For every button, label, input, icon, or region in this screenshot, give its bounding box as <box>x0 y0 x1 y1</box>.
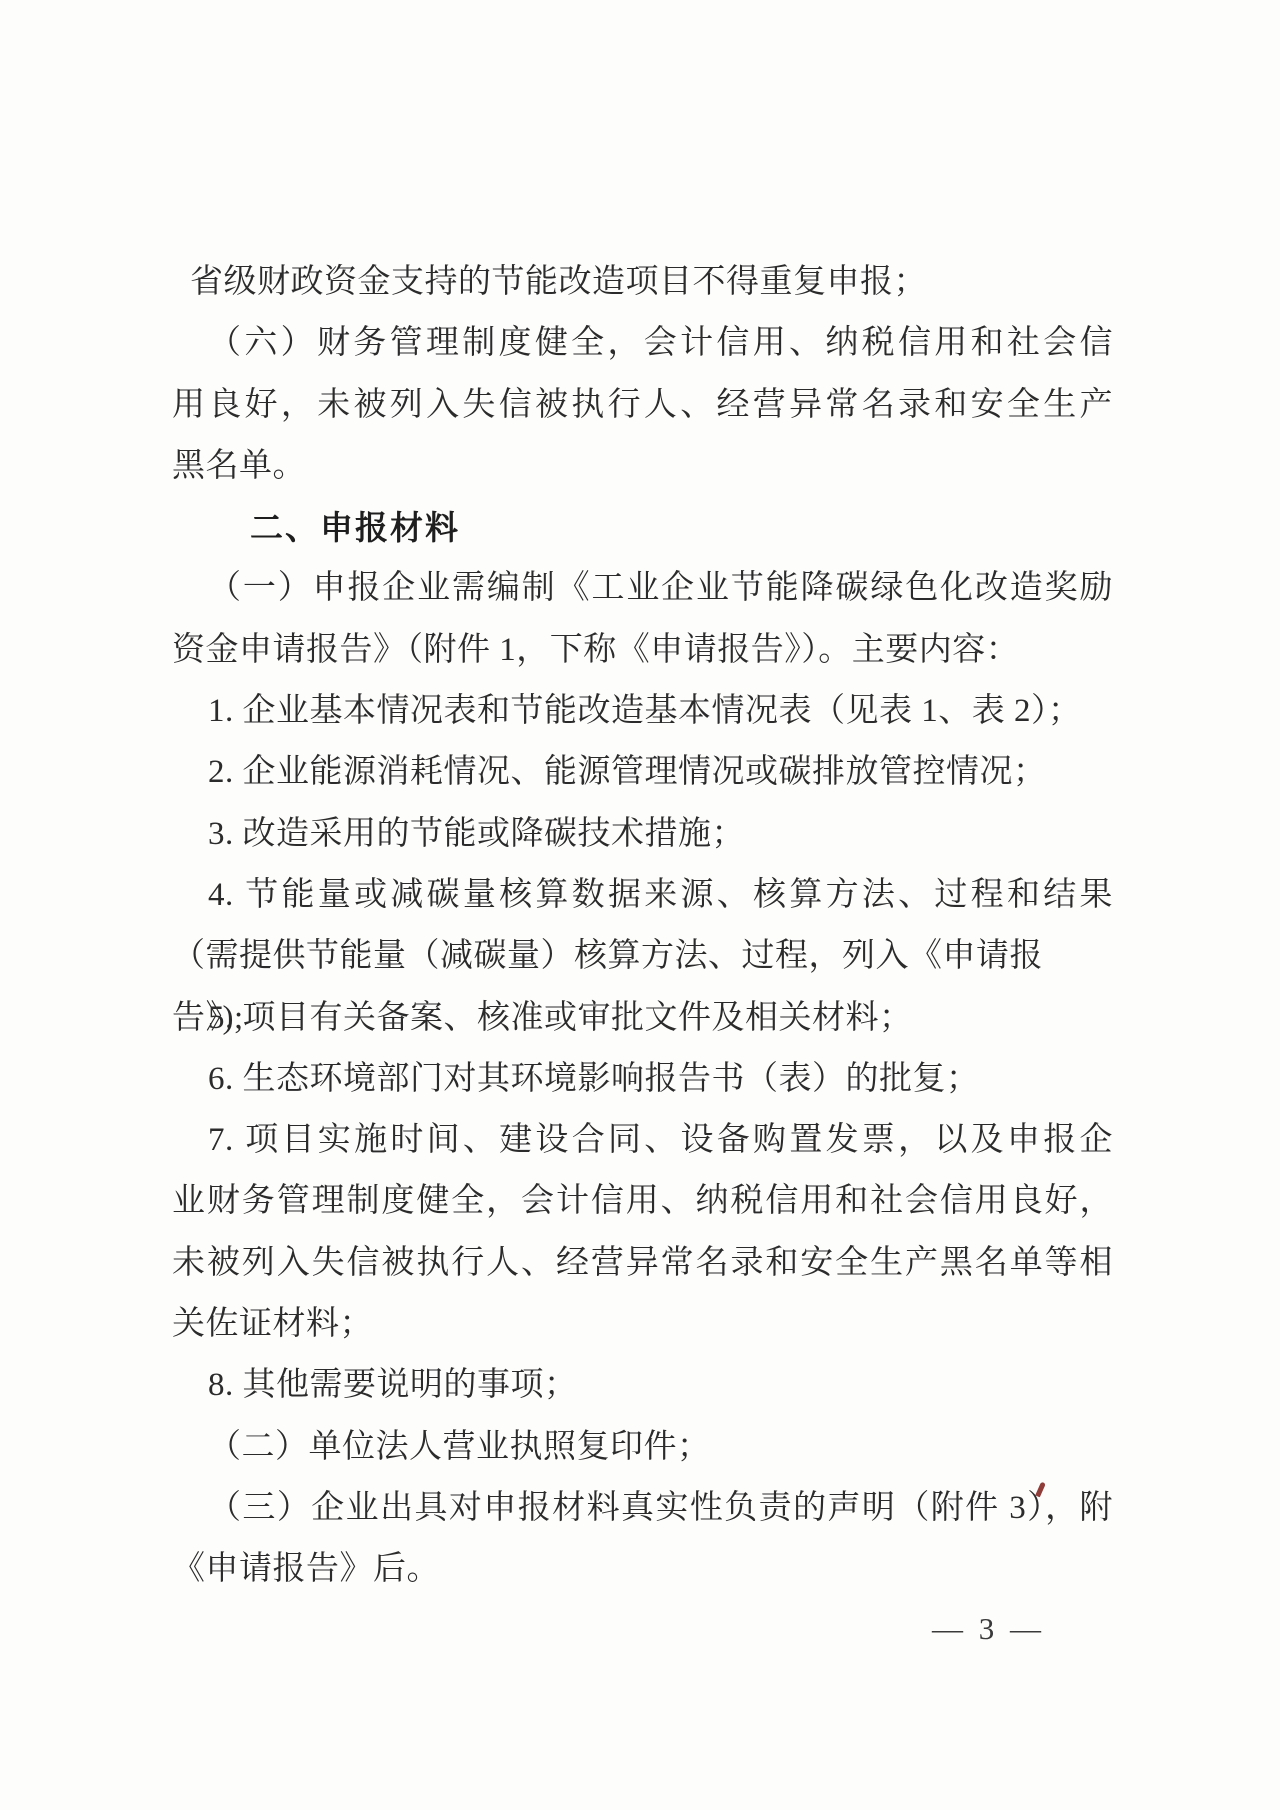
document-line: 《申请报告》后。 <box>172 1539 1113 1600</box>
document-line: 省级财政资金支持的节能改造项目不得重复申报； <box>172 252 1113 313</box>
document-body: 省级财政资金支持的节能改造项目不得重复申报；（六）财务管理制度健全，会计信用、纳… <box>172 252 1113 1601</box>
document-line: 3. 改造采用的节能或降碳技术措施； <box>172 804 1113 865</box>
document-page: 省级财政资金支持的节能改造项目不得重复申报；（六）财务管理制度健全，会计信用、纳… <box>0 0 1280 1810</box>
document-line: 2. 企业能源消耗情况、能源管理情况或碳排放管控情况； <box>172 742 1113 803</box>
document-line: 6. 生态环境部门对其环境影响报告书（表）的批复； <box>172 1049 1113 1110</box>
document-line: 业财务管理制度健全，会计信用、纳税信用和社会信用良好， <box>172 1171 1113 1232</box>
document-line: 1. 企业基本情况表和节能改造基本情况表（见表 1、表 2）； <box>172 681 1113 742</box>
document-line: （三）企业出具对申报材料真实性负责的声明（附件 3），附 <box>172 1478 1113 1539</box>
document-line: （六）财务管理制度健全，会计信用、纳税信用和社会信 <box>172 313 1113 374</box>
document-line: 资金申请报告》（附件 1，下称《申请报告》）。主要内容： <box>172 620 1113 681</box>
document-line: 未被列入失信被执行人、经营异常名录和安全生产黑名单等相 <box>172 1233 1113 1294</box>
document-line: （二）单位法人营业执照复印件； <box>172 1417 1113 1478</box>
document-line: 7. 项目实施时间、建设合同、设备购置发票，以及申报企 <box>172 1110 1113 1171</box>
document-line: 关佐证材料； <box>172 1294 1113 1355</box>
document-line: 4. 节能量或减碳量核算数据来源、核算方法、过程和结果 <box>172 865 1113 926</box>
page-number: — 3 — <box>932 1612 1045 1646</box>
document-line: 8. 其他需要说明的事项； <box>172 1355 1113 1416</box>
document-line: 黑名单。 <box>172 436 1113 497</box>
document-line: （需提供节能量（减碳量）核算方法、过程，列入《申请报告》); <box>172 926 1113 987</box>
document-line: （一）申报企业需编制《工业企业节能降碳绿色化改造奖励 <box>172 558 1113 619</box>
document-line: 5. 项目有关备案、核准或审批文件及相关材料； <box>172 988 1113 1049</box>
document-line: 用良好，未被列入失信被执行人、经营异常名录和安全生产 <box>172 375 1113 436</box>
section-heading: 二、申报材料 <box>172 497 1113 558</box>
